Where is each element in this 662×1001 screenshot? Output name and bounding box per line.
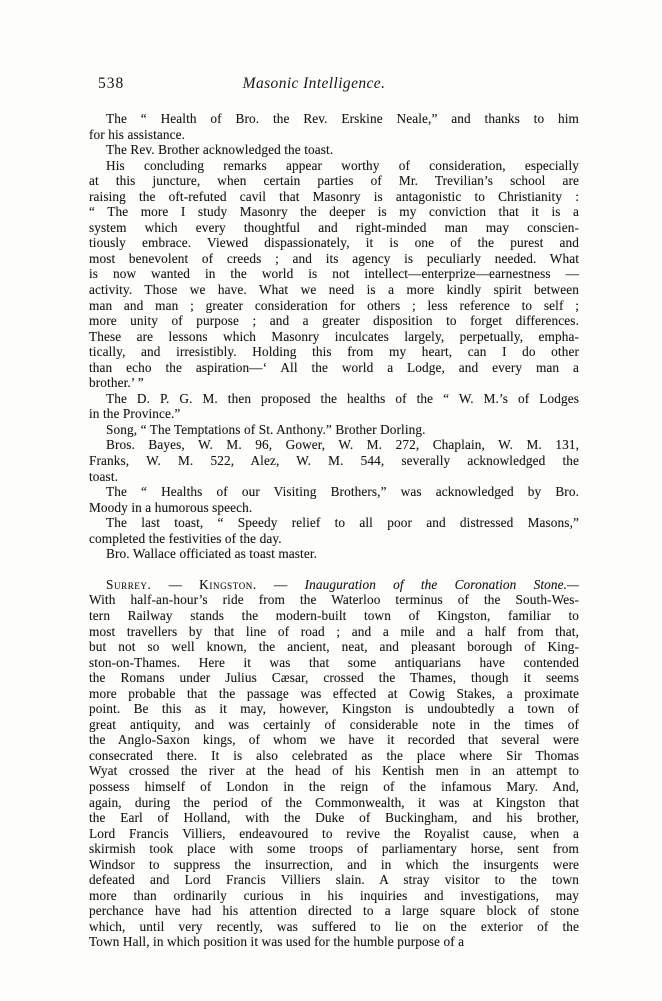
text-line: With half-an-hour’s ride from the Waterl… xyxy=(89,592,579,608)
text-segment: Inauguration of the Coronation Stone.— xyxy=(305,577,579,592)
text-line: the Romans under Julius Cæsar, crossed t… xyxy=(89,670,579,686)
text-line: The “ Healths of our Visiting Brothers,”… xyxy=(89,484,579,500)
text-line: raising the oft-refuted cavil that Mason… xyxy=(89,189,579,205)
text-line: defeated and Lord Francis Villiers slain… xyxy=(89,872,579,888)
text-line: most travellers by that line of road ; a… xyxy=(89,624,579,640)
text-line: Moody in a humorous speech. xyxy=(89,500,579,516)
text-line: most benevolent of creeds ; and its agen… xyxy=(89,251,579,267)
text-line: brother.’ ” xyxy=(89,375,579,391)
text-line: system which every thoughtful and right-… xyxy=(89,220,579,236)
paragraph: The last toast, “ Speedy relief to all p… xyxy=(89,515,579,546)
text-line: more probable that the passage was effec… xyxy=(89,686,579,702)
paragraph: The D. P. G. M. then proposed the health… xyxy=(89,391,579,422)
text-line: The Rev. Brother acknowledged the toast. xyxy=(89,142,579,158)
paragraph: Bros. Bayes, W. M. 96, Gower, W. M. 272,… xyxy=(89,437,579,484)
text-line: The D. P. G. M. then proposed the health… xyxy=(89,391,579,407)
page-header: 538 Masonic Intelligence. xyxy=(89,74,579,93)
text-line: the Earl of Holland, with the Duke of Bu… xyxy=(89,810,579,826)
text-line: man and man ; greater consideration for … xyxy=(89,298,579,314)
text-line: Bros. Bayes, W. M. 96, Gower, W. M. 272,… xyxy=(89,437,579,453)
paragraph: The Rev. Brother acknowledged the toast. xyxy=(89,142,579,158)
paragraph: The “ Health of Bro. the Rev. Erskine Ne… xyxy=(89,111,579,142)
text-line: The last toast, “ Speedy relief to all p… xyxy=(89,515,579,531)
text-line: perchance have had his attention directe… xyxy=(89,903,579,919)
text-line: Franks, W. M. 522, Alez, W. M. 544, seve… xyxy=(89,453,579,469)
text-line: again, during the period of the Commonwe… xyxy=(89,795,579,811)
text-segment: — xyxy=(151,577,199,592)
scanned-page: 538 Masonic Intelligence. The “ Health o… xyxy=(0,0,662,1001)
text-line: possess himself of London in the reign o… xyxy=(89,779,579,795)
text-line: Wyat crossed the river at the head of hi… xyxy=(89,763,579,779)
text-line: is now wanted in the world is not intell… xyxy=(89,266,579,282)
text-line: more than ordinarily curious in his inqu… xyxy=(89,888,579,904)
text-line: in the Province.” xyxy=(89,406,579,422)
text-line: Bro. Wallace officiated as toast master. xyxy=(89,546,579,562)
text-segment: — xyxy=(257,577,305,592)
text-line: consecrated there. It is also celebrated… xyxy=(89,748,579,764)
text-line: more unity of purpose ; and a greater di… xyxy=(89,313,579,329)
text-line: tern Railway stands the modern-built tow… xyxy=(89,608,579,624)
text-line: tiously embrace. Viewed dispassionately,… xyxy=(89,235,579,251)
text-line: “ The more I study Masonry the deeper is… xyxy=(89,204,579,220)
text-line: His concluding remarks appear worthy of … xyxy=(89,158,579,174)
running-title: Masonic Intelligence. xyxy=(89,74,539,93)
text-line: point. Be this as it may, however, Kings… xyxy=(89,701,579,717)
text-line: Windsor to suppress the insurrection, an… xyxy=(89,857,579,873)
paragraph: Bro. Wallace officiated as toast master. xyxy=(89,546,579,562)
paragraph: Surrey. — Kingston. — Inauguration of th… xyxy=(89,577,579,950)
text-line: but not so well known, the ancient, neat… xyxy=(89,639,579,655)
text-line: at this juncture, when certain parties o… xyxy=(89,173,579,189)
text-line: which, until very recently, was suffered… xyxy=(89,919,579,935)
paragraph: Song, “ The Temptations of St. Anthony.”… xyxy=(89,422,579,438)
text-line: toast. xyxy=(89,469,579,485)
text-line: Song, “ The Temptations of St. Anthony.”… xyxy=(89,422,579,438)
text-line: tically, and irresistibly. Holding this … xyxy=(89,344,579,360)
text-line: completed the festivities of the day. xyxy=(89,531,579,547)
text-line: Lord Francis Villiers, endeavoured to re… xyxy=(89,826,579,842)
text-line: Town Hall, in which position it was used… xyxy=(89,934,579,950)
text-line: The “ Health of Bro. the Rev. Erskine Ne… xyxy=(89,111,579,127)
text-block: 538 Masonic Intelligence. The “ Health o… xyxy=(89,74,579,950)
text-line: than echo the aspiration—‘ All the world… xyxy=(89,360,579,376)
text-line: for his assistance. xyxy=(89,127,579,143)
text-line: These are lessons which Masonry inculcat… xyxy=(89,329,579,345)
text-segment: Surrey. xyxy=(106,577,151,592)
paragraph: The “ Healths of our Visiting Brothers,”… xyxy=(89,484,579,515)
page-body: The “ Health of Bro. the Rev. Erskine Ne… xyxy=(89,111,579,950)
text-line: ston-on-Thames. Here it was that some an… xyxy=(89,655,579,671)
text-line: skirmish took place with some troops of … xyxy=(89,841,579,857)
text-line: great antiquity, and was certainly of co… xyxy=(89,717,579,733)
paragraph: His concluding remarks appear worthy of … xyxy=(89,158,579,391)
text-line: activity. Those we have. What we need is… xyxy=(89,282,579,298)
text-segment: Kingston. xyxy=(199,577,257,592)
text-line: Surrey. — Kingston. — Inauguration of th… xyxy=(89,577,579,593)
text-line: the Anglo-Saxon kings, of whom we have i… xyxy=(89,732,579,748)
